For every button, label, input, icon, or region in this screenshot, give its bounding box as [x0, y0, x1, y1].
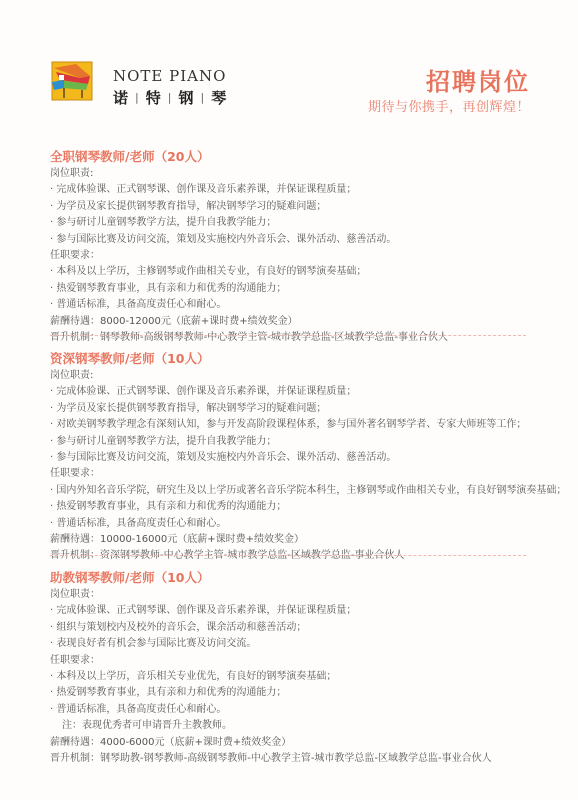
job-section-fulltime: 全职钢琴教师/老师（20人） 岗位职责: · 完成体验课、正式钢琴课、创作课及音…	[50, 148, 540, 346]
requirements-label: 任职要求：	[50, 466, 540, 482]
requirement-item: · 普通话标准，具备高度责任心和耐心。	[50, 516, 540, 532]
brand-name-english: NOTE PIANO	[113, 67, 226, 85]
duty-item: · 组织与策划校内及校外的音乐会，课余活动和慈善活动；	[50, 620, 540, 636]
brand-name-chinese: 诺|特|钢|琴	[113, 87, 228, 108]
requirement-item: · 热爱钢琴教育事业，具有亲和力和优秀的沟通能力；	[50, 281, 540, 297]
salary: 薪酬待遇：4000-6000元（底薪+课时费+绩效奖金）	[50, 735, 540, 751]
duty-item: · 参与研讨儿童钢琴教学方法，提升自我教学能力；	[50, 434, 540, 450]
requirement-item: · 热爱钢琴教育事业，具有亲和力和优秀的沟通能力；	[50, 685, 540, 701]
job-title: 助教钢琴教师/老师（10人）	[50, 569, 540, 586]
brand-char: 特	[146, 89, 163, 107]
page-title: 招聘岗位	[426, 62, 530, 97]
brand-char: 琴	[211, 89, 228, 107]
requirement-item: · 本科及以上学历，主修钢琴或作曲相关专业，有良好的钢琴演奏基础；	[50, 264, 540, 280]
job-section-senior: 资深钢琴教师/老师（10人） 岗位职责: · 完成体验课、正式钢琴课、创作课及音…	[50, 350, 540, 565]
duties-label: 岗位职责:	[50, 166, 540, 182]
promotion-path: 晋升机制：钢琴助教-钢琴教师-高级钢琴教师-中心教学主管-城市教学总监-区域教学…	[50, 751, 540, 767]
duty-item: · 完成体验课、正式钢琴课、创作课及音乐素养课，并保证课程质量；	[50, 182, 540, 198]
duty-item: · 完成体验课、正式钢琴课、创作课及音乐素养课，并保证课程质量；	[50, 603, 540, 619]
promotion-path: 晋升机制：钢琴教师-高级钢琴教师-中心教学主管-城市教学总监-区域教学总监-事业…	[50, 330, 540, 346]
requirements-label: 任职要求：	[50, 653, 540, 669]
salary: 薪酬待遇：10000-16000元（底薪+课时费+绩效奖金）	[50, 532, 540, 548]
duty-item: · 完成体验课、正式钢琴课、创作课及音乐素养课，并保证课程质量；	[50, 384, 540, 400]
brand-char: 诺	[113, 89, 130, 107]
duty-item: · 参与国际比赛及访问交流，策划及实施校内外音乐会、课外活动、慈善活动。	[50, 232, 540, 248]
duty-item: · 为学员及家长提供钢琴教育指导，解决钢琴学习的疑难问题；	[50, 401, 540, 417]
duty-item: · 参与研讨儿童钢琴教学方法，提升自我教学能力；	[50, 215, 540, 231]
requirement-item: · 国内外知名音乐学院，研究生及以上学历或著名音乐学院本科生，主修钢琴或作曲相关…	[50, 483, 540, 499]
dashed-divider	[50, 555, 526, 556]
salary: 薪酬待遇：8000-12000元（底薪+课时费+绩效奖金）	[50, 314, 540, 330]
duty-item: · 对欧美钢琴教学理念有深刻认知，参与开发高阶段课程体系，参与国外著名钢琴学者、…	[50, 417, 540, 433]
duties-label: 岗位职责:	[50, 368, 540, 384]
promotion-path: 晋升机制：资深钢琴教师-中心教学主管-城市教学总监-区域教学总监-事业合伙人	[50, 548, 540, 564]
note: 注：表现优秀者可申请晋升主教教师。	[50, 718, 540, 734]
requirement-item: · 热爱钢琴教育事业，具有亲和力和优秀的沟通能力；	[50, 499, 540, 515]
requirement-item: · 普通话标准，具备高度责任心和耐心。	[50, 297, 540, 313]
header: NOTE PIANO 诺|特|钢|琴 招聘岗位 期待与你携手，再创辉煌！	[0, 0, 578, 130]
job-title: 全职钢琴教师/老师（20人）	[50, 148, 540, 165]
dashed-divider	[50, 335, 526, 336]
duties-label: 岗位职责：	[50, 587, 540, 603]
job-title: 资深钢琴教师/老师（10人）	[50, 350, 540, 367]
duty-item: · 参与国际比赛及访问交流，策划及实施校内外音乐会、课外活动、慈善活动。	[50, 450, 540, 466]
brand-char: 钢	[178, 89, 195, 107]
requirements-label: 任职要求：	[50, 248, 540, 264]
piano-logo-icon	[50, 58, 94, 102]
job-section-assistant: 助教钢琴教师/老师（10人） 岗位职责： · 完成体验课、正式钢琴课、创作课及音…	[50, 569, 540, 767]
duty-item: · 表现良好者有机会参与国际比赛及访问交流。	[50, 636, 540, 652]
requirement-item: · 本科及以上学历，音乐相关专业优先，有良好的钢琴演奏基础；	[50, 669, 540, 685]
duty-item: · 为学员及家长提供钢琴教育指导，解决钢琴学习的疑难问题；	[50, 199, 540, 215]
requirement-item: · 普通话标准，具备高度责任心和耐心。	[50, 702, 540, 718]
page-subtitle: 期待与你携手，再创辉煌！	[368, 96, 530, 115]
